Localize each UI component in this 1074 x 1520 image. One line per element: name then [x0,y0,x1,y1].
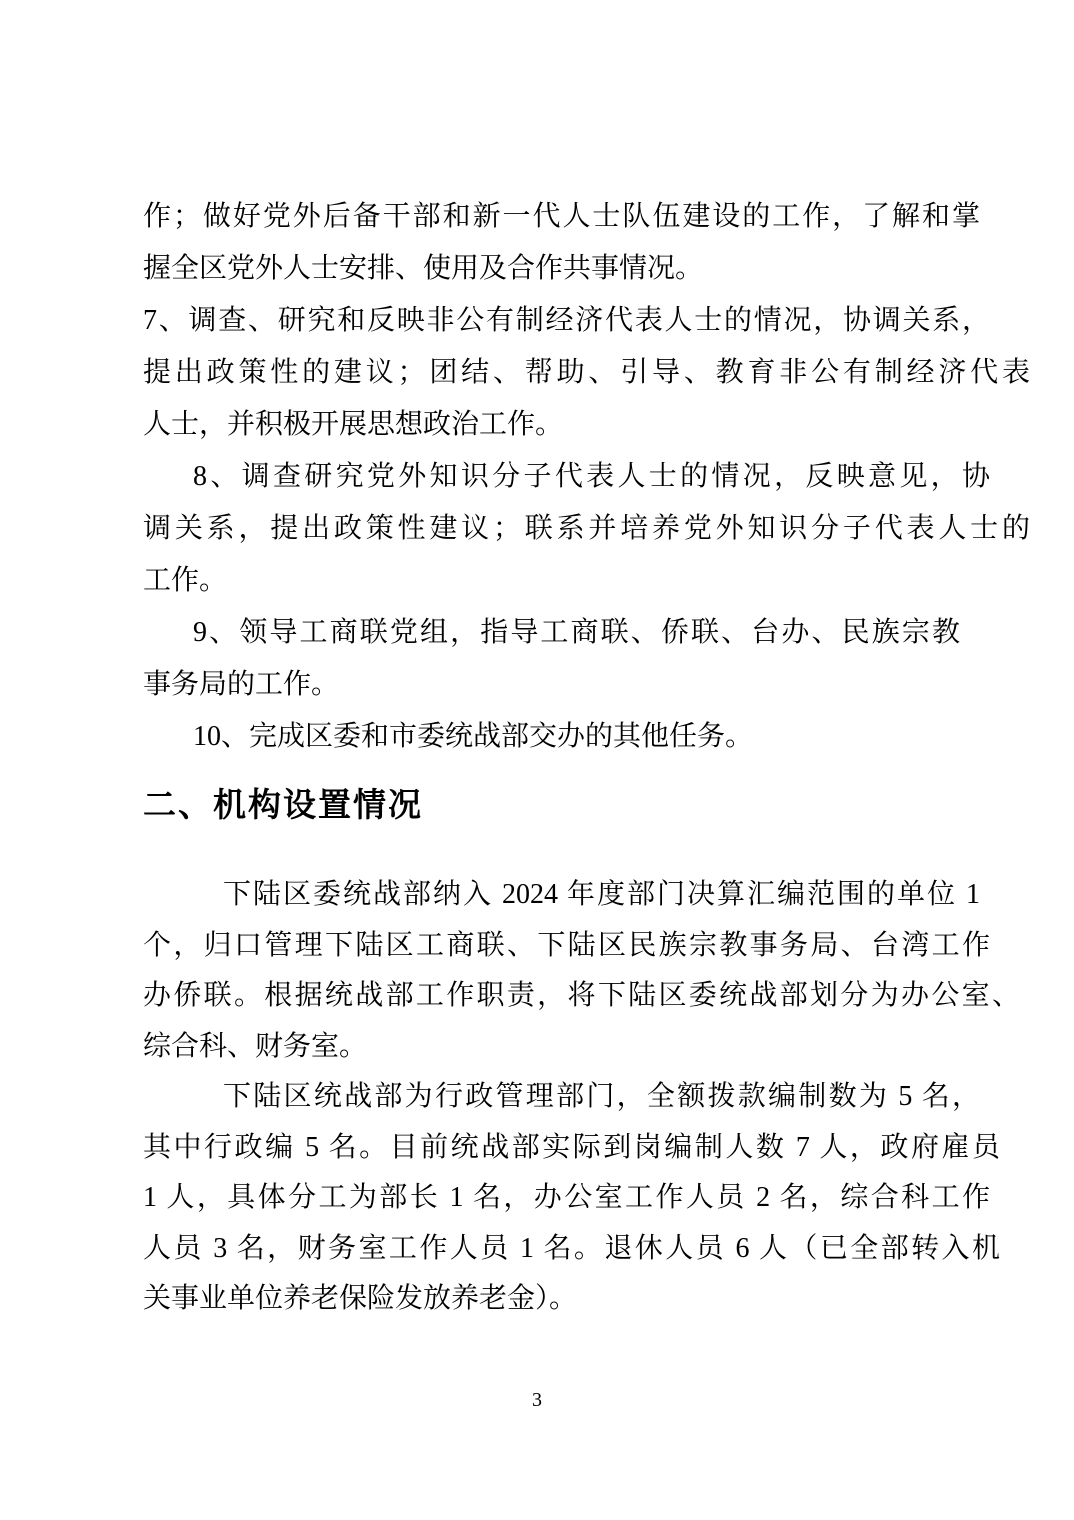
document-body: 作；做好党外后备干部和新一代人士队伍建设的工作，了解和掌 握全区党外人士安排、使… [143,0,1030,1325]
text-line: 办侨联。根据统战部工作职责，将下陆区委统战部划分为办公室、 [143,971,1030,1022]
text-line: 其中行政编 5 名。目前统战部实际到岗编制人数 7 人，政府雇员 [143,1123,1030,1174]
text-line: 人员 3 名，财务室工作人员 1 名。退休人员 6 人（已全部转入机 [143,1224,1030,1275]
text-line: 个，归口管理下陆区工商联、下陆区民族宗教事务局、台湾工作 [143,921,1030,972]
document-page: 作；做好党外后备干部和新一代人士队伍建设的工作，了解和掌 握全区党外人士安排、使… [0,0,1074,1520]
text-line: 调关系，提出政策性建议；联系并培养党外知识分子代表人士的 [143,503,1030,555]
text-line: 下陆区统战部为行政管理部门，全额拨款编制数为 5 名， [143,1072,1030,1123]
text-line: 事务局的工作。 [143,659,1030,711]
text-line: 综合科、财务室。 [143,1022,1030,1073]
text-line: 下陆区委统战部纳入 2024 年度部门决算汇编范围的单位 1 [143,870,1030,921]
text-line: 作；做好党外后备干部和新一代人士队伍建设的工作，了解和掌 [143,191,1030,243]
section-heading: 二、机构设置情况 [143,779,1030,831]
page-number: 3 [0,1385,1074,1415]
text-line: 握全区党外人士安排、使用及合作共事情况。 [143,243,1030,295]
text-line: 关事业单位养老保险发放养老金）。 [143,1274,1030,1325]
text-line: 10、完成区委和市委统战部交办的其他任务。 [143,711,1030,763]
text-line: 人士，并积极开展思想政治工作。 [143,399,1030,451]
text-line: 9、领导工商联党组，指导工商联、侨联、台办、民族宗教 [143,607,1030,659]
text-line: 7、调查、研究和反映非公有制经济代表人士的情况，协调关系， [143,295,1030,347]
text-line: 8、调查研究党外知识分子代表人士的情况，反映意见，协 [143,451,1030,503]
section-duties: 作；做好党外后备干部和新一代人士队伍建设的工作，了解和掌 握全区党外人士安排、使… [143,191,1030,763]
section-organization: 下陆区委统战部纳入 2024 年度部门决算汇编范围的单位 1 个，归口管理下陆区… [143,870,1030,1325]
text-line: 提出政策性的建议；团结、帮助、引导、教育非公有制经济代表 [143,347,1030,399]
text-line: 1 人，具体分工为部长 1 名，办公室工作人员 2 名，综合科工作 [143,1173,1030,1224]
text-line: 工作。 [143,555,1030,607]
